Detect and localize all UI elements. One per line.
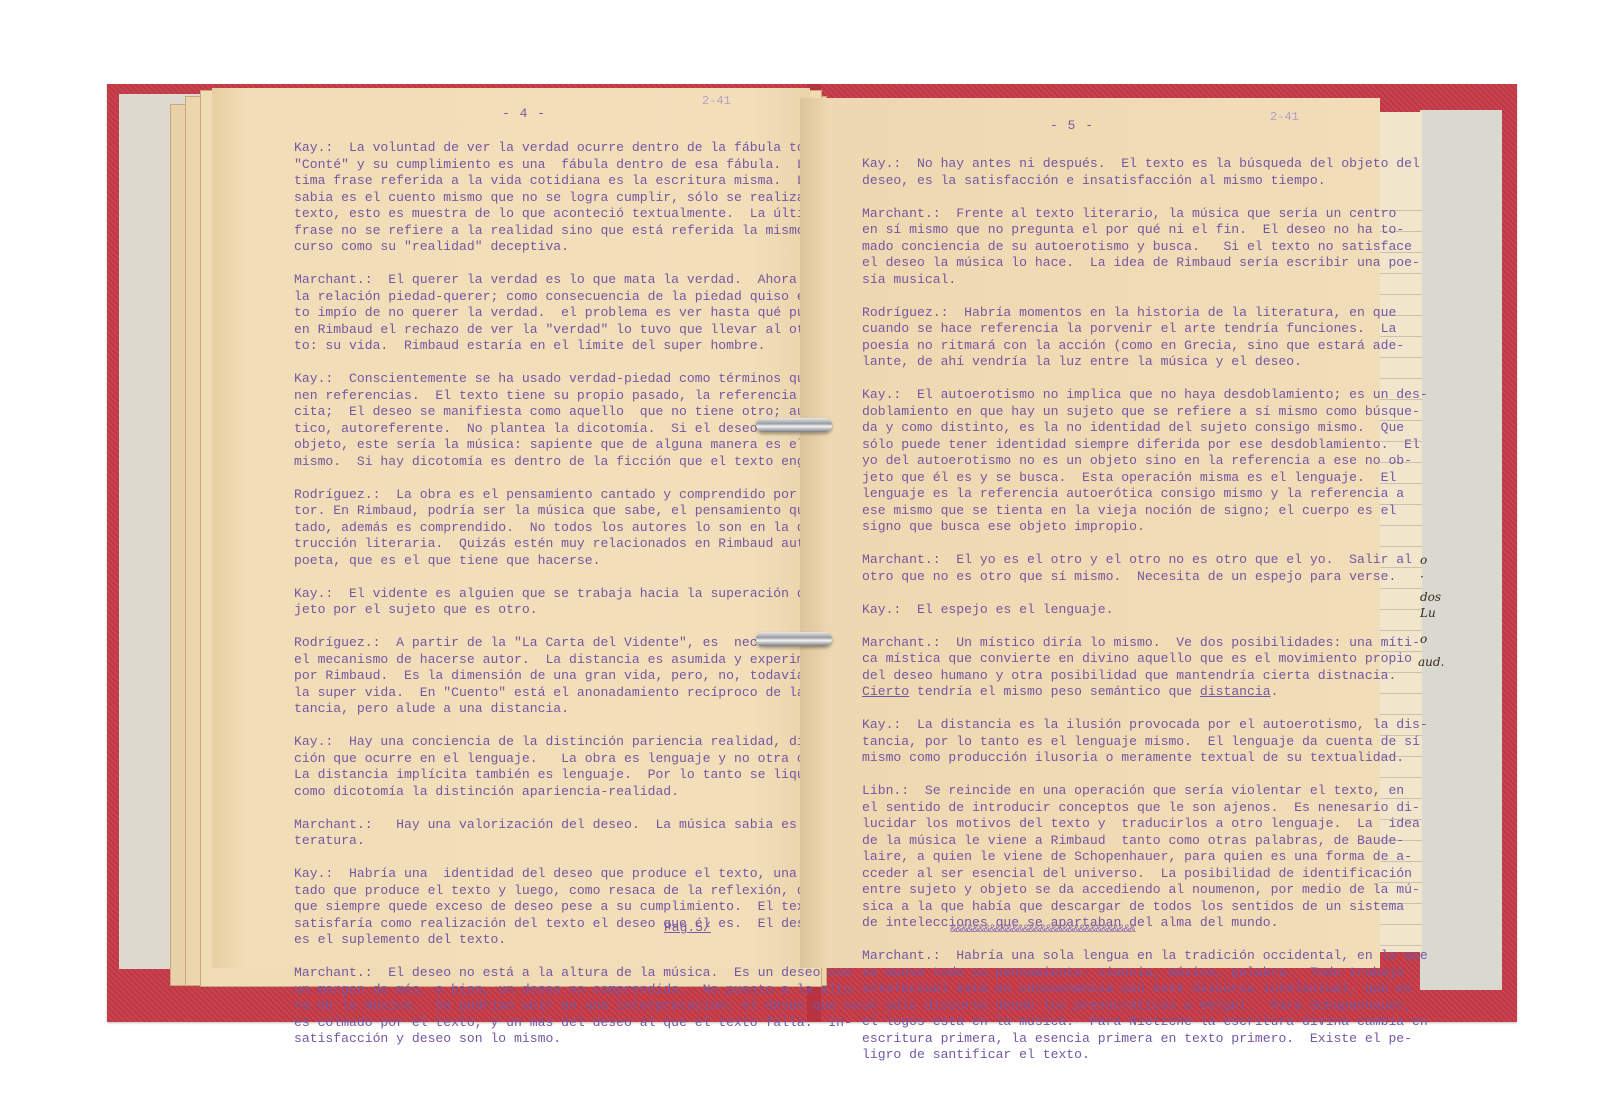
text-line: Kay.: La voluntad de ver la verdad ocurr… [294,140,868,157]
text-line: de intelecciones que se apartaban del al… [862,915,1428,932]
text-line: satisfacción y deseo son lo mismo. [294,1031,868,1048]
text-line: otro que no es otro que sí mismo. Necesi… [862,569,1428,586]
text-line: es el suplemento del texto. [294,932,868,949]
text-line: la relación piedad-querer; como consecue… [294,289,868,306]
binder-ring[interactable] [756,632,832,646]
text-line: el mecanismo de hacerse autor. La distan… [294,652,868,669]
text-line: que siempre quede exceso de deseo pese a… [294,899,868,916]
text-line: jeto por el sujeto que es otro. [294,602,868,619]
text-line: escritura primera, la esencia primera en… [862,1031,1428,1048]
text-line: to impío de no querer la verdad. el prob… [294,305,868,322]
text-line: objeto, este sería la música: sapiente q… [294,437,868,454]
text-line: to: su vida. Rimbaud estaría en el límit… [294,338,868,355]
dialogue-paragraph: Kay.: Habría una identidad del deseo que… [294,866,868,949]
dialogue-paragraph: Kay.: No hay antes ni después. El texto … [862,156,1428,189]
text-line: Marchant.: Habría una sola lengua en la … [862,948,1428,965]
text-line: Cierto tendría el mismo peso semántico q… [862,684,1428,701]
text-line: ra de la música. Se podrían unir en una … [294,998,868,1015]
text-line: Kay.: Hay una conciencia de la distinció… [294,734,868,751]
text-line: Marchant.: Frente al texto literario, la… [862,206,1428,223]
text-line: mado conciencia de su autoerotismo y bus… [862,239,1428,256]
text-line: teratura. [294,833,868,850]
text-line: texto, esto es muestra de lo que acontec… [294,206,868,223]
text-line: frase no se refiere a la realidad sino q… [294,223,868,240]
dialogue-paragraph: Kay.: El espejo es el lenguaje. [862,602,1428,619]
document-code: 2-41 [1270,110,1299,124]
dialogue-paragraph: Rodríguez.: La obra es el pensamiento ca… [294,487,868,570]
text-line: lante, de ahí vendría la luz entre la mú… [862,354,1428,371]
text-line: sabia es el cuento mismo que no se logra… [294,190,868,207]
text-line: sica a la que había que descargar de tod… [862,899,1428,916]
text-line: del deseo humano y otra posibilidad que … [862,668,1428,685]
text-line: nen referencias. El texto tiene su propi… [294,388,868,405]
text-line: Marchant.: Hay una valorización del dese… [294,817,868,834]
document-code: 2-41 [702,94,731,108]
text-line: tima frase referida a la vida cotidiana … [294,173,868,190]
text-line: Rodríguez.: Habría momentos en la histor… [862,305,1428,322]
text-line: laire, a quien le viene de Schopenhauer,… [862,849,1428,866]
dialogue-paragraph: Marchant.: El yo es el otro y el otro no… [862,552,1428,585]
text-line: tor. En Rimbaud, podría ser la música qu… [294,503,868,520]
text-line: yo del autoerotismo no es un objeto sino… [862,453,1428,470]
end-ornament: &&&&&&&&&&&&&&&&&&&&&&&&&&&&&&&&& [950,924,1135,936]
dialogue-paragraph: Rodríguez.: A partir de la "La Carta del… [294,635,868,718]
text-line: tancia, pero alude a una distancia. [294,701,868,718]
text-line: de la música le viene a Rimbaud tanto co… [862,833,1428,850]
text-line: Kay.: Conscientemente se ha usado verdad… [294,371,868,388]
text-line: ese mismo que se tienta en la vieja noci… [862,503,1428,520]
text-line: lucidar los motivos del texto y traducir… [862,816,1428,833]
text-line: el logos está en la música. Para Nietzch… [862,1014,1428,1031]
dialogue-paragraph: Marchant.: El deseo no está a la altura … [294,965,868,1048]
text-line: Marchant.: El querer la verdad es lo que… [294,272,868,289]
text-line: el sentido de introducir conceptos que l… [862,800,1428,817]
text-line: se mueve todo su pensamiento: ciencia, m… [862,965,1428,982]
text-line: tado que produce el texto y luego, como … [294,883,868,900]
text-line: tancia, por lo tanto es el lenguaje mism… [862,734,1428,751]
text-line: La distancia implícita también es lengua… [294,767,868,784]
text-line: sía musical. [862,272,1428,289]
text-line: poesía no ritmará con la acción (como en… [862,338,1428,355]
left-page: - 4 - 2-41 Kay.: La voluntad de ver la v… [212,88,810,968]
text-line: la super vida. En "Cuento" está el anona… [294,685,868,702]
text-line: poeta, que es el que tiene que hacerse. [294,553,868,570]
dialogue-paragraph: Marchant.: Hay una valorización del dese… [294,817,868,850]
text-line: como dicotomía la distinción apariencia-… [294,784,868,801]
dialogue-paragraph: Libn.: Se reincide en una operación que … [862,783,1428,932]
text-line: ligro de santificar el texto. [862,1047,1428,1064]
text-line: mismo como producción ilusoria o meramen… [862,750,1428,767]
text-line: Kay.: El espejo es el lenguaje. [862,602,1428,619]
text-line: Kay.: La distancia es la ilusión provoca… [862,717,1428,734]
dialogue-paragraph: Marchant.: Un místico diría lo mismo. Ve… [862,635,1428,701]
text-line: trucción literaria. Quizás estén muy rel… [294,536,868,553]
text-line: un margen de más, o bien, un deseo no co… [294,982,868,999]
text-line: entre sujeto y objeto se da accediendo a… [862,882,1428,899]
page-body: Kay.: No hay antes ni después. El texto … [862,156,1428,1080]
text-line: "Conté" y su cumplimiento es una fábula … [294,157,868,174]
dialogue-paragraph: Kay.: La distancia es la ilusión provoca… [862,717,1428,767]
dialogue-paragraph: Kay.: El autoerotismo no implica que no … [862,387,1428,536]
page-number: - 4 - [502,106,546,121]
text-line: Kay.: No hay antes ni después. El texto … [862,156,1428,173]
text-line: Marchant.: Un místico diría lo mismo. Ve… [862,635,1428,652]
text-line: cceder al ser esencial del universo. La … [862,866,1428,883]
page-continuation-marker: Pag.5/ [664,920,711,935]
dialogue-paragraph: Marchant.: Frente al texto literario, la… [862,206,1428,289]
text-line: intelectual está en consocnancia con est… [862,981,1428,998]
dialogue-paragraph: Kay.: El vidente es alguien que se traba… [294,586,868,619]
text-line: cuando se hace referencia la porvenir el… [862,321,1428,338]
text-line: tado, además es comprendido. No todos lo… [294,520,868,537]
text-line: sólo puede tener identidad siempre difer… [862,437,1428,454]
text-line: Libn.: Se reincide en una operación que … [862,783,1428,800]
page-number: - 5 - [1050,118,1094,133]
text-line: Kay.: Habría una identidad del deseo que… [294,866,868,883]
text-line: da y como distinto, es la no identidad d… [862,420,1428,437]
text-line: doblamiento en que hay un sujeto que se … [862,404,1428,421]
text-line: un sólo discurso desde los presocráticos… [862,998,1428,1015]
text-line: satisfaría como realización del texto el… [294,916,868,933]
text-line: por Rimbaud. Es la dimensión de una gran… [294,668,868,685]
text-line: jeto que él es y se busca. Esta operació… [862,470,1428,487]
text-line: ca mística que convierte en divino aquel… [862,651,1428,668]
right-page: - 5 - 2-41 Kay.: No hay antes ni después… [800,98,1380,968]
cover-inner-liner-right [1420,110,1502,990]
text-line: ción que ocurre en el lenguaje. La obra … [294,751,868,768]
text-line: signo que busca ese objeto impropio. [862,519,1428,536]
text-line: Marchant.: El yo es el otro y el otro no… [862,552,1428,569]
text-line: el deseo la música lo hace. La idea de R… [862,255,1428,272]
text-line: Marchant.: El deseo no está a la altura … [294,965,868,982]
text-line: Rodríguez.: La obra es el pensamiento ca… [294,487,868,504]
dialogue-paragraph: Marchant.: El querer la verdad es lo que… [294,272,868,355]
dialogue-paragraph: Kay.: Hay una conciencia de la distinció… [294,734,868,800]
dialogue-paragraph: Kay.: La voluntad de ver la verdad ocurr… [294,140,868,256]
text-line: en Rimbaud el rechazo de ver la "verdad"… [294,322,868,339]
text-line: lenguaje es la referencia autoerótica co… [862,486,1428,503]
text-line: en sí mismo que no pregunta el por qué n… [862,222,1428,239]
text-line: Kay.: El vidente es alguien que se traba… [294,586,868,603]
binder-ring[interactable] [756,418,832,432]
dialogue-paragraph: Rodríguez.: Habría momentos en la histor… [862,305,1428,371]
text-line: curso como su "realidad" deceptiva. [294,239,868,256]
text-line: es colmado por el texto, y un más del de… [294,1015,868,1032]
text-line: deseo, es la satisfacción e insatisfacci… [862,173,1428,190]
text-line: mismo. Si hay dicotomía es dentro de la … [294,454,868,471]
page-body: Kay.: La voluntad de ver la verdad ocurr… [294,140,868,1064]
dialogue-paragraph: Marchant.: Habría una sola lengua en la … [862,948,1428,1064]
text-line: Kay.: El autoerotismo no implica que no … [862,387,1428,404]
